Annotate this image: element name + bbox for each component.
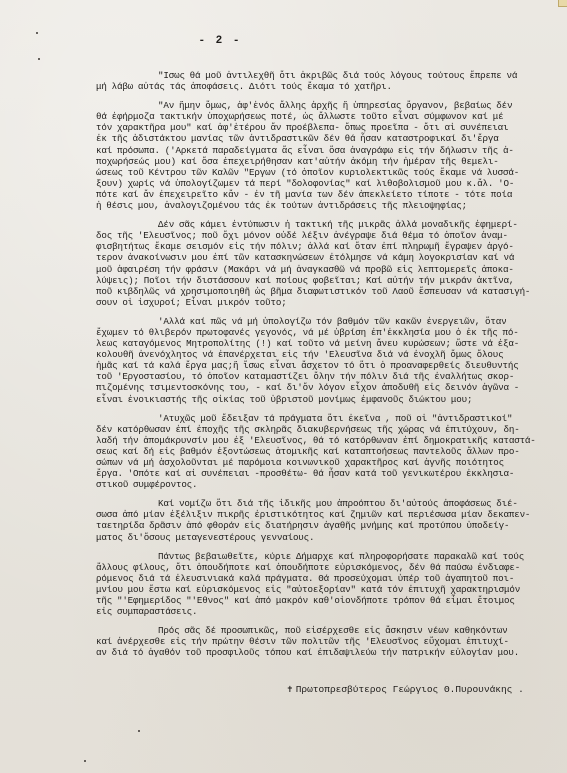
text-line: σουν οἱ ἰσχυροί; Εἶναι μικρόν τοῦτο; [96, 297, 536, 308]
text-line: θά ἐφήρμοζα τακτικήν ὑποχωρήσεως ποτέ, ὡ… [96, 111, 536, 122]
text-line: ἡμᾶς καί τά καλά ἔργα μας;ἤ ἴσως εἶναι ἄ… [96, 360, 536, 371]
paper-speck [38, 58, 40, 60]
text-line: εἰς συμπαραστάσεις. [96, 606, 536, 617]
paper-corner-tab [558, 0, 567, 7]
text-line: μοῦ ἀφαιρέση τήν φράσιν (Μακάρι νά μή ἀν… [96, 264, 536, 275]
paragraph: Πάντως βεβαιωθεῖτε, κύριε Δήμαρχε καί πλ… [96, 551, 536, 618]
paragraph: "Ισως θά μοῦ ἀντιλεχθῆ ὅτι ἀκριβῶς διά τ… [96, 70, 536, 92]
text-line: ἔχωμεν τό θλιβερόν πρωτοφανές γεγονός, ν… [96, 327, 536, 338]
paper-speck [138, 730, 140, 732]
paper-speck [36, 32, 38, 34]
text-line: Καί νομίζω ὅτι διά τῆς ἰδικῆς μου ἀπροόπ… [96, 498, 536, 509]
signature-name: Πρωτοπρεσβύτερος Γεώργιος Θ.Πυρουνάκης . [296, 684, 524, 695]
text-line: σώπων νά μή ἀσχολοῦνται μέ παρόμοια κοιν… [96, 457, 536, 468]
text-line: πιζομένης τσιμεντοσκόνης του, - καί δι'ὅ… [96, 382, 536, 393]
text-line: ώσεως τοῦ Κέντρου τῶν Καλῶν "Εργων (τό ὁ… [96, 167, 536, 178]
text-line: καί πρόσωπα. ('Αρκετά παραδείγματα ἄς εἶ… [96, 145, 536, 156]
text-line: καί ἀνέρχεσθε εἰς τήν πρώτην θέσιν τῶν π… [96, 636, 536, 647]
text-line: Πρός σᾶς δέ προσωπικῶς, ποῦ εἰσέρχεσθε ε… [96, 625, 536, 636]
text-line: ταετηρίδα δρᾶσιν ἀπό φθοράν εἰς διατήρησ… [96, 520, 536, 531]
text-line: τοῦ 'Εργοστασίου, τό ὁποῖον καταμαστίζει… [96, 371, 536, 382]
text-line: ἡ θέσις μου, ἀναλογιζομένου τάς ἐκ τούτω… [96, 200, 536, 211]
text-line: σωσα ἀπό μίαν ἐξέλιξιν πικρῆς ἐριστικότη… [96, 509, 536, 520]
paragraph: 'Ατυχῶς μοῦ ἔδειξαν τά πράγματα ὅτι ἐκεῖ… [96, 413, 536, 491]
text-line: ρόμενος διά τά ἐλευσινιακά καλά πράγματα… [96, 573, 536, 584]
text-line: 'Αλλά καί πῶς νά μή ὑπολογίζω τόν βαθμόν… [96, 316, 536, 327]
signature: ✝Πρωτοπρεσβύτερος Γεώργιος Θ.Πυρουνάκης … [287, 684, 524, 695]
text-line: στικοῦ συμφέροντος. [96, 479, 536, 490]
text-line: ποχωρήσεώς μου) καί ὅσα ἐπεχειρήθησαν κα… [96, 156, 536, 167]
text-line: τερον ἀνακοίνωσιν μου ἐπί τῶν κατασκηνώσ… [96, 252, 536, 263]
text-line: δέν κατόρθωσαν ἐπί ἐποχῆς τῆς σκληρᾶς δι… [96, 424, 536, 435]
text-line: μνίου μου ἔστω καί εὑρισκόμενος εἰς "αὐτ… [96, 584, 536, 595]
paragraph: Καί νομίζω ὅτι διά τῆς ἰδικῆς μου ἀπροόπ… [96, 498, 536, 542]
paper-speck [84, 760, 86, 762]
page-number: - 2 - [0, 35, 440, 47]
text-line: εἶναι ἐνοικιαστής τῆς οἰκίας τοῦ ὑβριστο… [96, 394, 536, 405]
paragraph: Πρός σᾶς δέ προσωπικῶς, ποῦ εἰσέρχεσθε ε… [96, 625, 536, 658]
text-line: 'Ατυχῶς μοῦ ἔδειξαν τά πράγματα ὅτι ἐκεῖ… [96, 413, 536, 424]
text-line: πότε καί ἄν ἐπεχειρεῖτο κἄν - ἐν τῆ μανί… [96, 189, 536, 200]
text-line: κολουθῆ ἀνενόχλητος νά ἐπανέρχεται εἰς τ… [96, 349, 536, 360]
text-line: ἔργα. 'Οπότε καί αἱ συνέπειαι -προσθέτω-… [96, 468, 536, 479]
text-line: ματος δι'ὅσους μεταγενεστέρους γενναίους… [96, 532, 536, 543]
text-line: σεως καί δή εἰς βαθμόν ἐξοντώσεως ἀτομικ… [96, 446, 536, 457]
cross-icon: ✝ [287, 684, 293, 695]
text-line: ἐκ τῆς ἀδιστάκτου μανίας τῶν ἀντιδραστικ… [96, 133, 536, 144]
paragraph: "Αν ἤμην ὅμως, ἀφ'ἑνός ἄλλης ἀρχῆς ἤ ὑπη… [96, 100, 536, 211]
text-line: μή λάβω αὐτάς τάς ἀποφάσεις. Διότι τούς … [96, 81, 536, 92]
text-line: τῆς "'Εφημερίδος "'Εθνος" καί ἀπό μακρόν… [96, 595, 536, 606]
scanned-letter-page: - 2 - "Ισως θά μοῦ ἀντιλεχθῆ ὅτι ἀκριβῶς… [0, 0, 567, 773]
text-line: φισβητήτως ἔκαμε σεισμόν εἰς τήν πόλιν; … [96, 241, 536, 252]
text-line: λύψεις); Ποῖοι τήν διστάσσουν καί ποίους… [96, 275, 536, 286]
text-line: Δέν σᾶς κάμει ἐντύπωσιν ἡ τακτική τῆς μι… [96, 219, 536, 230]
text-line: Πάντως βεβαιωθεῖτε, κύριε Δήμαρχε καί πλ… [96, 551, 536, 562]
paragraph: 'Αλλά καί πῶς νά μή ὑπολογίζω τόν βαθμόν… [96, 316, 536, 405]
text-line: ξουν) χωρίς νά ὑπολογίζωμεν τά περί "δολ… [96, 178, 536, 189]
text-line: λαδή τήν ἀπομάκρυνσίν μου ἐξ 'Ελευσῖνος,… [96, 435, 536, 446]
text-line: δος τῆς 'Ελευσῖνος; ποῦ ὄχι μόνον οὐδέ λ… [96, 230, 536, 241]
text-line: "Αν ἤμην ὅμως, ἀφ'ἑνός ἄλλης ἀρχῆς ἤ ὑπη… [96, 100, 536, 111]
text-line: ποῦ κιβδηλῶς νά χρησιμοποιηθῆ ὡς βῆμα δι… [96, 286, 536, 297]
letter-body: "Ισως θά μοῦ ἀντιλεχθῆ ὅτι ἀκριβῶς διά τ… [96, 70, 536, 667]
paragraph: Δέν σᾶς κάμει ἐντύπωσιν ἡ τακτική τῆς μι… [96, 219, 536, 308]
text-line: αν διά τό ἀγαθόν τοῦ προσφιλοῦς τόπου κα… [96, 647, 536, 658]
text-line: λεως καταγόμενος Μητροπολίτης (!) καί το… [96, 338, 536, 349]
text-line: "Ισως θά μοῦ ἀντιλεχθῆ ὅτι ἀκριβῶς διά τ… [96, 70, 536, 81]
text-line: ἄλλους φίλους, ὅτι ὁπουδήποτε καί ὁπουδή… [96, 562, 536, 573]
text-line: τόν χαρακτῆρα μου" καί ἀφ'ἑτέρου ἄν προέ… [96, 122, 536, 133]
